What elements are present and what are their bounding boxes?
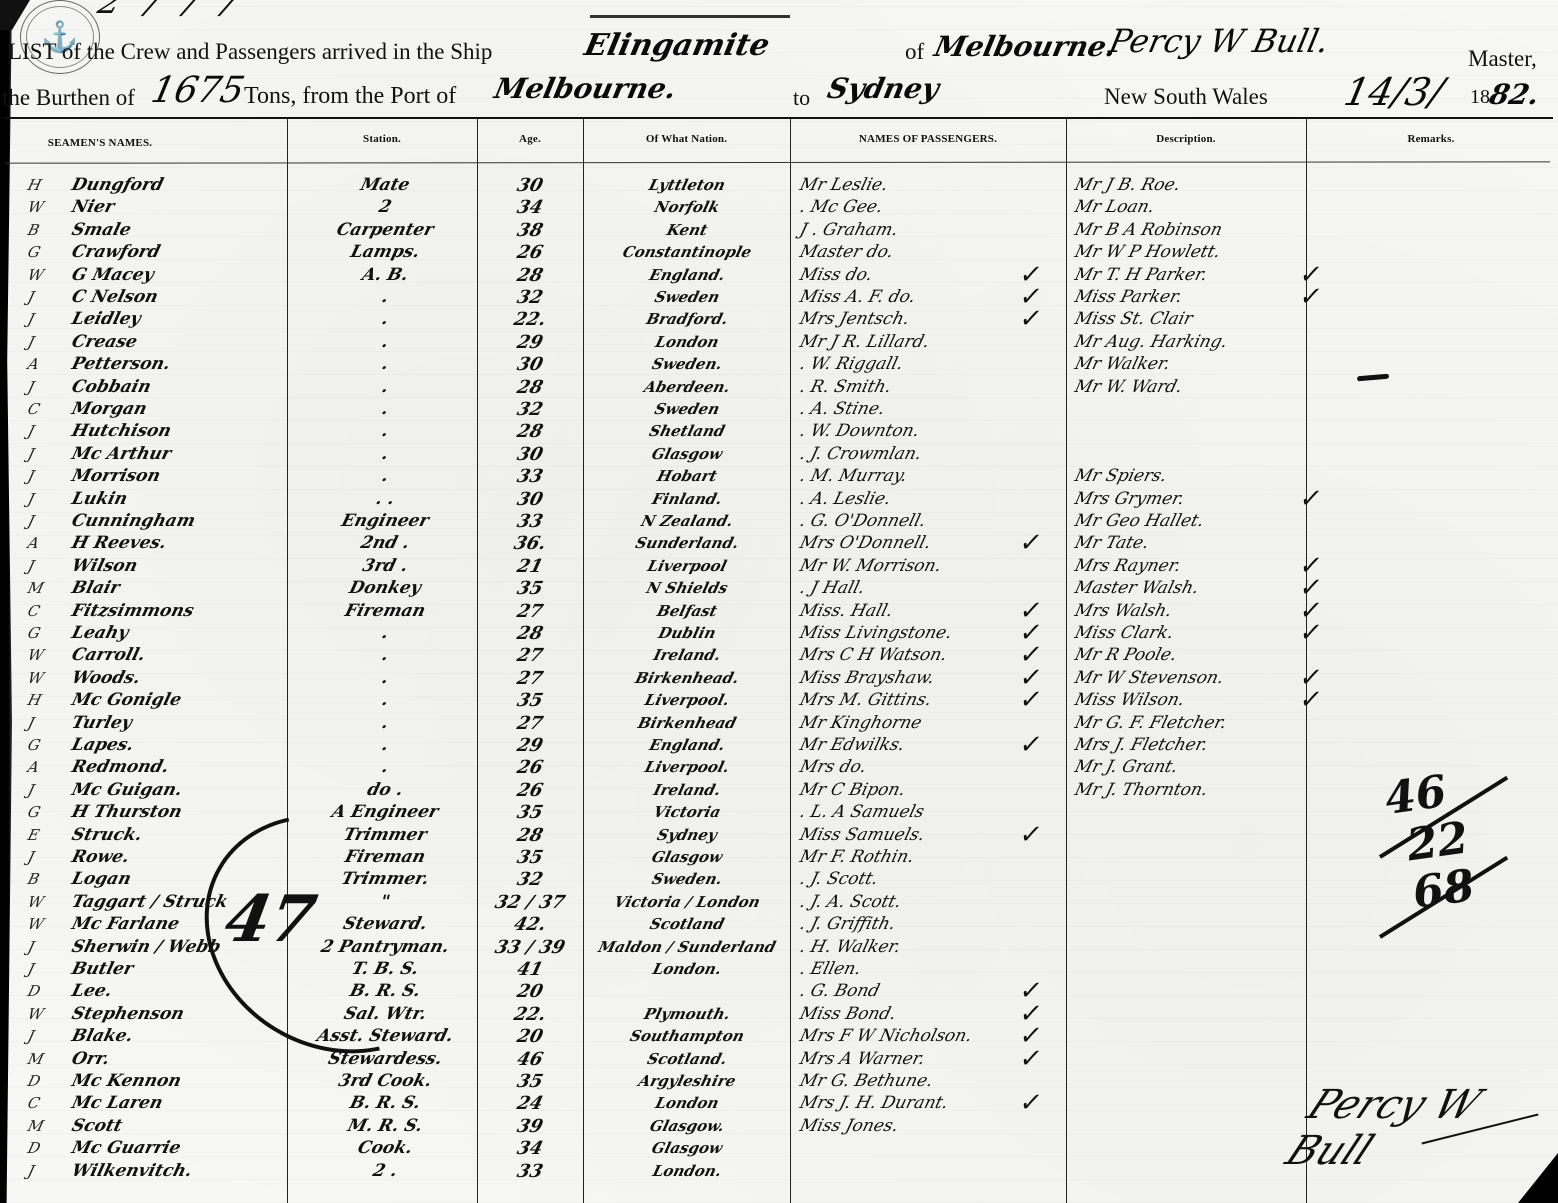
col-description: Description.: [1066, 133, 1306, 145]
passenger-description: Mr Spiers.: [1072, 465, 1169, 488]
seaman-name: Logan: [69, 868, 133, 891]
seaman-nation: Sweden.: [589, 353, 785, 376]
seaman-name: Smale: [69, 219, 133, 242]
passenger-name: . W. Riggall.: [797, 353, 905, 376]
seaman-age: 29: [487, 734, 573, 757]
seaman-name: Mc Guarrie: [69, 1137, 183, 1160]
seaman-station: Mate: [297, 174, 473, 197]
seaman-nation: Birkenhead: [589, 712, 785, 735]
seaman-initial: J: [25, 779, 37, 802]
seaman-age: 27: [487, 712, 573, 735]
col-seamen-names: SEAMEN'S NAMES.: [20, 137, 180, 149]
seaman-age: 32: [487, 286, 573, 309]
seaman-initial: W: [25, 1003, 46, 1026]
seaman-name: Rowe.: [69, 846, 132, 869]
seaman-age: 35: [487, 577, 573, 600]
seaman-initial: J: [25, 712, 37, 735]
colony-label: New South Wales: [1104, 84, 1268, 110]
seaman-nation: England.: [589, 264, 785, 287]
table-row: JCrease.29LondonMr J R. Lillard.Mr Aug. …: [0, 331, 1558, 354]
seaman-name: Cunningham: [69, 510, 197, 533]
table-row: JMc Guigan.do .26Ireland.Mr C Bipon.Mr J…: [0, 779, 1558, 802]
seaman-initial: J: [25, 376, 37, 399]
col-age: Age.: [477, 133, 583, 145]
passenger-description: Mr Geo Hallet.: [1072, 510, 1206, 533]
seaman-name: Mc Laren: [69, 1092, 165, 1115]
seaman-age: 28: [487, 264, 573, 287]
passenger-name: . J. A. Scott.: [797, 891, 903, 914]
seaman-name: Dungford: [69, 174, 166, 197]
seaman-station: A. B.: [297, 264, 473, 287]
seaman-age: 35: [487, 801, 573, 824]
seaman-initial: J: [25, 936, 37, 959]
passenger-name: . L. A Samuels: [797, 801, 926, 824]
passenger-name: . R. Smith.: [797, 376, 894, 399]
seaman-age: 26: [487, 756, 573, 779]
seaman-nation: Argyleshire: [589, 1070, 785, 1093]
seaman-nation: N Shields: [589, 577, 785, 600]
passenger-name: Mr C Bipon.: [797, 779, 907, 802]
seaman-station: Engineer: [297, 510, 473, 533]
master-name: Percy W Bull.: [1106, 22, 1332, 60]
passenger-name: Miss. Hall.: [797, 600, 895, 623]
passenger-description: Mr W P Howlett.: [1072, 241, 1223, 264]
passenger-description: Mr Tate.: [1072, 532, 1151, 555]
seaman-age: 42.: [487, 913, 573, 936]
seaman-age: 39: [487, 1115, 573, 1138]
from-port: Melbourne.: [491, 72, 679, 105]
seaman-age: 28: [487, 420, 573, 443]
table-row: WNier234Norfolk. Mc Gee.Mr Loan.: [0, 196, 1558, 219]
passenger-name: . Mc Gee.: [797, 196, 885, 219]
seaman-station: 2: [297, 196, 473, 219]
seaman-initial: C: [25, 600, 42, 623]
seaman-age: 22.: [487, 1003, 573, 1026]
seaman-initial: W: [25, 644, 46, 667]
seaman-name: Mc Kennon: [69, 1070, 183, 1093]
seaman-name: Scott: [69, 1115, 124, 1138]
passenger-name: Miss A. F. do.: [797, 286, 918, 309]
seaman-station: 3rd Cook.: [297, 1070, 473, 1093]
table-row: GLapes..29England.Mr Edwilks.Mrs J. Flet…: [0, 734, 1558, 757]
title-prefix: LIST of the Crew and Passengers arrived …: [8, 39, 492, 65]
seaman-age: 28: [487, 824, 573, 847]
seaman-initial: W: [25, 264, 46, 287]
passenger-description: Mr J. Grant.: [1072, 756, 1180, 779]
seaman-name: Struck.: [69, 824, 144, 847]
passenger-description: Mrs J. Fletcher.: [1072, 734, 1210, 757]
seaman-name: Blake.: [69, 1025, 135, 1048]
passenger-description: Mrs Grymer.: [1072, 488, 1187, 511]
table-row: AH Reeves.2nd .36.Sunderland.Mrs O'Donne…: [0, 532, 1558, 555]
seaman-initial: D: [25, 1137, 43, 1160]
seaman-name: Carroll.: [69, 644, 147, 667]
seaman-name: Lee.: [69, 980, 114, 1003]
seaman-nation: Sydney: [589, 824, 785, 847]
seaman-nation: N Zealand.: [589, 510, 785, 533]
seaman-name: Wilson: [69, 555, 140, 578]
passenger-name: Miss Brayshaw.: [797, 667, 937, 690]
table-row: JLukin. .30Finland.. A. Leslie.Mrs Gryme…: [0, 488, 1558, 511]
passenger-name: Mrs J. H. Durant.: [797, 1092, 950, 1115]
seaman-nation: Glasgow: [589, 846, 785, 869]
seaman-nation: Constantinople: [589, 241, 785, 264]
passenger-name: Mr G. Bethune.: [797, 1070, 935, 1093]
seaman-station: . .: [297, 488, 473, 511]
home-port: Melbourne.: [931, 30, 1119, 63]
seaman-name: Lukin: [69, 488, 130, 511]
table-row: GH ThurstonA Engineer35Victoria. L. A Sa…: [0, 801, 1558, 824]
seaman-age: 30: [487, 488, 573, 511]
passenger-name: Master do.: [797, 241, 896, 264]
seaman-station: .: [297, 398, 473, 421]
seaman-nation: Scotland: [589, 913, 785, 936]
passenger-description: Mr B A Robinson: [1072, 219, 1224, 242]
seaman-name: Leidley: [69, 308, 143, 331]
seaman-age: 32: [487, 398, 573, 421]
table-row: JC Nelson.32SwedenMiss A. F. do.Miss Par…: [0, 286, 1558, 309]
seaman-name: Crawford: [69, 241, 162, 264]
seaman-initial: J: [25, 443, 37, 466]
seaman-initial: J: [25, 958, 37, 981]
master-label: Master,: [1468, 46, 1537, 72]
seaman-initial: J: [25, 465, 37, 488]
of-label: of: [905, 39, 924, 65]
seaman-station: Cook.: [297, 1137, 473, 1160]
seaman-nation: Kent: [589, 219, 785, 242]
passenger-description: Mr J B. Roe.: [1072, 174, 1183, 197]
seaman-name: Nier: [69, 196, 117, 219]
table-row: MOrr.Stewardess.46Scotland.Mrs A Warner.…: [0, 1048, 1558, 1071]
passenger-description: Mr Walker.: [1072, 353, 1172, 376]
table-row: ARedmond..26Liverpool.Mrs do.Mr J. Grant…: [0, 756, 1558, 779]
passenger-description: Miss Clark.: [1072, 622, 1176, 645]
ship-name: Elingamite: [581, 28, 772, 63]
seaman-name: Wilkenvitch.: [69, 1160, 194, 1183]
passenger-name: Mr J R. Lillard.: [797, 331, 932, 354]
seaman-name: Lapes.: [69, 734, 136, 757]
passenger-description: Miss Wilson.: [1072, 689, 1187, 712]
passenger-name: J . Graham.: [797, 219, 900, 242]
seaman-age: 30: [487, 174, 573, 197]
seaman-nation: Shetland: [589, 420, 785, 443]
seaman-station: .: [297, 331, 473, 354]
seaman-nation: Belfast: [589, 600, 785, 623]
seaman-nation: Birkenhead.: [589, 667, 785, 690]
seaman-name: Cobbain: [69, 376, 153, 399]
passenger-description: Mr J. Thornton.: [1072, 779, 1210, 802]
seaman-age: 26: [487, 241, 573, 264]
seaman-nation: Finland.: [589, 488, 785, 511]
seaman-name: Stephenson: [69, 1003, 186, 1026]
seaman-nation: Liverpool.: [589, 756, 785, 779]
seaman-age: 28: [487, 622, 573, 645]
seaman-name: Fitzsimmons: [69, 600, 196, 623]
seaman-age: 46: [487, 1048, 573, 1071]
seaman-nation: Ireland.: [589, 779, 785, 802]
seaman-station: M. R. S.: [297, 1115, 473, 1138]
seaman-initial: G: [25, 734, 43, 757]
seaman-initial: G: [25, 241, 43, 264]
seaman-initial: J: [25, 555, 37, 578]
seaman-nation: London.: [589, 1160, 785, 1183]
seaman-name: Crease: [69, 331, 139, 354]
seaman-station: 2nd .: [297, 532, 473, 555]
seaman-station: Donkey: [297, 577, 473, 600]
table-row: HMc Gonigle.35Liverpool.Mrs M. Gittins.M…: [0, 689, 1558, 712]
seaman-initial: D: [25, 1070, 43, 1093]
seaman-initial: J: [25, 1160, 37, 1183]
seaman-initial: J: [25, 420, 37, 443]
seaman-station: .: [297, 376, 473, 399]
passenger-name: . J. Crowmlan.: [797, 443, 924, 466]
seaman-station: .: [297, 644, 473, 667]
seaman-name: Mc Guigan.: [69, 779, 184, 802]
passenger-name: Mr Edwilks.: [797, 734, 907, 757]
seaman-initial: W: [25, 891, 46, 914]
seaman-age: 21: [487, 555, 573, 578]
passenger-name: Mr F. Rothin.: [797, 846, 916, 869]
seaman-age: 35: [487, 689, 573, 712]
col-passenger-names: NAMES OF PASSENGERS.: [790, 133, 1066, 145]
seaman-age: 34: [487, 196, 573, 219]
seaman-name: G Macey: [69, 264, 156, 287]
passenger-name: . G. O'Donnell.: [797, 510, 928, 533]
seaman-nation: England.: [589, 734, 785, 757]
seaman-nation: Aberdeen.: [589, 376, 785, 399]
passenger-name: Mr Leslie.: [797, 174, 890, 197]
seaman-initial: D: [25, 980, 43, 1003]
seaman-initial: J: [25, 308, 37, 331]
passenger-name: . M. Murray.: [797, 465, 909, 488]
passenger-description: Mr Aug. Harking.: [1072, 331, 1230, 354]
table-row: CFitzsimmonsFireman27BelfastMiss. Hall.M…: [0, 600, 1558, 623]
seaman-station: .: [297, 420, 473, 443]
passenger-name: . A. Stine.: [797, 398, 887, 421]
seaman-initial: A: [25, 756, 42, 779]
seaman-age: 35: [487, 846, 573, 869]
col-station: Station.: [287, 133, 477, 145]
seaman-name: Woods.: [69, 667, 143, 690]
seaman-station: Fireman: [297, 600, 473, 623]
seaman-name: Leahy: [69, 622, 131, 645]
passenger-name: . J. Scott.: [797, 868, 880, 891]
table-row: BSmaleCarpenter38KentJ . Graham.Mr B A R…: [0, 219, 1558, 242]
seaman-station: Carpenter: [297, 219, 473, 242]
seaman-initial: A: [25, 532, 42, 555]
seaman-name: C Nelson: [69, 286, 160, 309]
seaman-age: 33 / 39: [487, 936, 573, 959]
burthen-label: the Burthen of: [2, 85, 135, 111]
passenger-name: Miss Samuels.: [797, 824, 927, 847]
table-row: JCunninghamEngineer33N Zealand.. G. O'Do…: [0, 510, 1558, 533]
table-row: JCobbain.28Aberdeen.. R. Smith.Mr W. War…: [0, 376, 1558, 399]
seaman-station: .: [297, 712, 473, 735]
passenger-name: Miss Bond.: [797, 1003, 898, 1026]
seaman-station: .: [297, 667, 473, 690]
table-row: EStruck.Trimmer28SydneyMiss Samuels.✓: [0, 824, 1558, 847]
seaman-initial: M: [25, 1048, 46, 1071]
seaman-initial: J: [25, 1025, 37, 1048]
passenger-name: Mrs C H Watson.: [797, 644, 949, 667]
seaman-age: 35: [487, 1070, 573, 1093]
passenger-description: Mr T. H Parker.: [1072, 264, 1210, 287]
seaman-name: Petterson.: [69, 353, 173, 376]
margin-mark: 47: [219, 882, 321, 957]
to-port: Sydney: [824, 72, 942, 105]
seaman-name: Morgan: [69, 398, 149, 421]
seaman-initial: B: [25, 868, 42, 891]
seaman-nation: Maldon / Sunderland: [589, 936, 785, 959]
seaman-age: 27: [487, 667, 573, 690]
seaman-name: Butler: [69, 958, 136, 981]
seaman-age: 33: [487, 510, 573, 533]
seaman-station: .: [297, 353, 473, 376]
seaman-age: 38: [487, 219, 573, 242]
seaman-station: .: [297, 308, 473, 331]
table-row: JBlake.Asst. Steward.20SouthamptonMrs F …: [0, 1025, 1558, 1048]
seaman-nation: Sweden: [589, 398, 785, 421]
seaman-initial: G: [25, 801, 43, 824]
seaman-station: Stewardess.: [297, 1048, 473, 1071]
seaman-initial: J: [25, 510, 37, 533]
seaman-initial: A: [25, 353, 42, 376]
table-row: WCarroll..27Ireland.Mrs C H Watson.Mr R …: [0, 644, 1558, 667]
passenger-name: Mrs O'Donnell.: [797, 532, 933, 555]
arrival-date: 14/3/: [1340, 70, 1447, 114]
seaman-nation: London: [589, 331, 785, 354]
seaman-station: 3rd .: [297, 555, 473, 578]
seaman-age: 36.: [487, 532, 573, 555]
col-nation: Of What Nation.: [583, 133, 790, 145]
seaman-age: 30: [487, 353, 573, 376]
seaman-age: 33: [487, 465, 573, 488]
passenger-name: Mr W. Morrison.: [797, 555, 944, 578]
seaman-nation: Sweden: [589, 286, 785, 309]
seaman-initial: B: [25, 219, 42, 242]
table-row: HDungfordMate30LyttletonMr Leslie.Mr J B…: [0, 174, 1558, 197]
seaman-age: 20: [487, 980, 573, 1003]
seaman-initial: E: [25, 824, 42, 847]
passenger-description: Mr R Poole.: [1072, 644, 1179, 667]
seaman-name: Morrison: [69, 465, 163, 488]
seaman-nation: Glasgow: [589, 1137, 785, 1160]
table-row: GLeahy.28DublinMiss Livingstone.Miss Cla…: [0, 622, 1558, 645]
ship-name-rule: [590, 15, 790, 18]
seaman-station: Lamps.: [297, 241, 473, 264]
seaman-name: Mc Farlane: [69, 913, 182, 936]
seaman-age: 34: [487, 1137, 573, 1160]
seaman-station: .: [297, 443, 473, 466]
seaman-station: .: [297, 734, 473, 757]
passenger-description: Mrs Rayner.: [1072, 555, 1183, 578]
passenger-name: Mrs Jentsch.: [797, 308, 912, 331]
passenger-description: Mrs Walsh.: [1072, 600, 1174, 623]
seaman-initial: H: [25, 689, 44, 712]
seaman-name: H Thurston: [69, 801, 184, 824]
passenger-name: Mrs F W Nicholson.: [797, 1025, 974, 1048]
seaman-initial: M: [25, 577, 46, 600]
passenger-description: Miss St. Clair: [1072, 308, 1195, 331]
seaman-initial: J: [25, 488, 37, 511]
folio-mark: 2 / / /: [93, 0, 252, 22]
seaman-station: 2 .: [297, 1160, 473, 1183]
table-row: JMc Arthur.30Glasgow. J. Crowmlan.: [0, 443, 1558, 466]
seaman-nation: Sweden.: [589, 868, 785, 891]
seaman-initial: C: [25, 1092, 42, 1115]
table-row: WG MaceyA. B.28England.Miss do.Mr T. H P…: [0, 264, 1558, 287]
seaman-initial: C: [25, 398, 42, 421]
passenger-name: . H. Walker.: [797, 936, 903, 959]
table-row: WWoods..27Birkenhead.Miss Brayshaw.Mr W …: [0, 667, 1558, 690]
seaman-age: 41: [487, 958, 573, 981]
header-rule: [5, 117, 1553, 119]
seaman-station: do .: [297, 779, 473, 802]
seaman-age: 27: [487, 600, 573, 623]
seaman-station: .: [297, 286, 473, 309]
seaman-name: Hutchison: [69, 420, 173, 443]
seaman-age: 32 / 37: [487, 891, 573, 914]
passenger-description: Mr Loan.: [1072, 196, 1157, 219]
passenger-name: Miss Jones.: [797, 1115, 901, 1138]
seaman-nation: Southampton: [589, 1025, 785, 1048]
seaman-initial: M: [25, 1115, 46, 1138]
seaman-nation: Glasgow: [589, 443, 785, 466]
to-label: to: [793, 85, 810, 111]
seaman-nation: Plymouth.: [589, 1003, 785, 1026]
passenger-name: Mrs A Warner.: [797, 1048, 927, 1071]
seaman-station: .: [297, 622, 473, 645]
passenger-name: . G. Bond: [797, 980, 882, 1003]
table-row: APetterson..30Sweden.. W. Riggall.Mr Wal…: [0, 353, 1558, 376]
column-header-rule: [5, 161, 1550, 163]
passenger-name: Mrs M. Gittins.: [797, 689, 934, 712]
seaman-nation: Victoria: [589, 801, 785, 824]
seaman-age: 28: [487, 376, 573, 399]
seaman-name: Redmond.: [69, 756, 171, 779]
passenger-description: Miss Parker.: [1072, 286, 1184, 309]
seaman-nation: Hobart: [589, 465, 785, 488]
seaman-age: 27: [487, 644, 573, 667]
seaman-age: 33: [487, 1160, 573, 1183]
passenger-name: . W. Downton.: [797, 420, 922, 443]
seaman-name: Mc Arthur: [69, 443, 174, 466]
table-row: JHutchison.28Shetland. W. Downton.: [0, 420, 1558, 443]
seaman-age: 24: [487, 1092, 573, 1115]
table-row: JWilson3rd .21LiverpoolMr W. Morrison.Mr…: [0, 555, 1558, 578]
seaman-name: H Reeves.: [69, 532, 169, 555]
passenger-name: Miss do.: [797, 264, 875, 287]
col-remarks: Remarks.: [1306, 133, 1556, 145]
table-row: JTurley.27BirkenheadMr KinghorneMr G. F.…: [0, 712, 1558, 735]
seaman-nation: Bradford.: [589, 308, 785, 331]
seaman-name: Mc Gonigle: [69, 689, 184, 712]
seaman-initial: J: [25, 286, 37, 309]
seaman-name: Sherwin / Webb: [69, 936, 223, 959]
seaman-station: .: [297, 689, 473, 712]
seaman-name: Orr.: [69, 1048, 112, 1071]
seaman-nation: Liverpool.: [589, 689, 785, 712]
seaman-initial: H: [25, 174, 44, 197]
passenger-description: Master Walsh.: [1072, 577, 1201, 600]
seaman-name: Blair: [69, 577, 122, 600]
passenger-description: Mr G. F. Fletcher.: [1072, 712, 1229, 735]
seaman-age: 20: [487, 1025, 573, 1048]
seaman-station: .: [297, 756, 473, 779]
seaman-station: .: [297, 465, 473, 488]
seaman-initial: W: [25, 667, 46, 690]
seaman-initial: W: [25, 913, 46, 936]
